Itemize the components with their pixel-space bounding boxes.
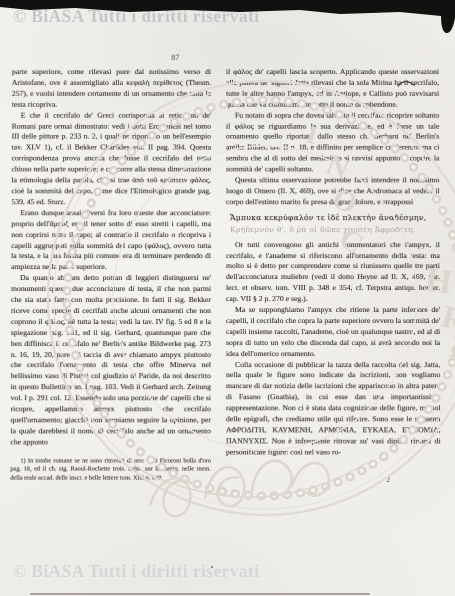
page-number: 87: [171, 53, 179, 62]
paragraph: Ma se supponghiamo l'ampyx che ritiene l…: [226, 305, 440, 360]
paragraph: Da quanto abbiam detto potran di leggier…: [10, 273, 211, 448]
scan-edge-bottom: [30, 593, 370, 595]
right-column: il φάλος de' capelli lascia scoperto. Ap…: [226, 67, 441, 458]
paragraph: Erano dunque assai diversi fra loro ques…: [11, 208, 211, 273]
scan-edge-top: [0, 0, 455, 40]
paragraph: Or tutti convengono gli antichi commenta…: [226, 240, 440, 305]
paragraph: Colla occasione di pubblicar la tazza de…: [226, 360, 441, 459]
scanned-book-page: INOCHRI 87 parte superiore, come rilevas…: [0, 0, 455, 596]
ink-speck: [211, 566, 213, 568]
paragraph: il φάλος de' capelli lascia scoperto. Ap…: [226, 67, 439, 110]
paragraph: Κρήδεμνόν θ', ὅ ῥά οἱ δῶκε χρυσέη Ἀφροδί…: [226, 225, 440, 236]
paragraph: E che il cecrifalo de' Greci corrisponda…: [11, 110, 211, 208]
paragraph: Questa ultima osservazione potrebbe farc…: [226, 175, 440, 208]
paragraph: Ἄμπυκα κεκρύφαλόν τε ἰδὲ πλεκτὴν ἀναδέσμ…: [226, 213, 440, 224]
text-block: 87 parte superiore, come rilevasi pure d…: [0, 2, 455, 596]
footnote: 1) In tombe romane se ne sono ritrovati …: [10, 457, 211, 483]
left-column: parte superiore, come rilevasi pure dal …: [10, 67, 211, 483]
paragraph: 1) In tombe romane se ne sono ritrovati …: [10, 457, 211, 483]
paragraph: Fu notato di sopra che dovea talvolta il…: [226, 110, 440, 175]
paragraph: parte superiore, come rilevasi pure dal …: [12, 67, 211, 110]
quire-signature-mark: 2: [387, 476, 391, 484]
watermark-bottom: © BiASA Tutti i diritti riservati: [13, 561, 260, 582]
right-column-paragraphs: il φάλος de' capelli lascia scoperto. Ap…: [226, 67, 441, 458]
left-column-paragraphs: parte superiore, come rilevasi pure dal …: [10, 67, 211, 448]
